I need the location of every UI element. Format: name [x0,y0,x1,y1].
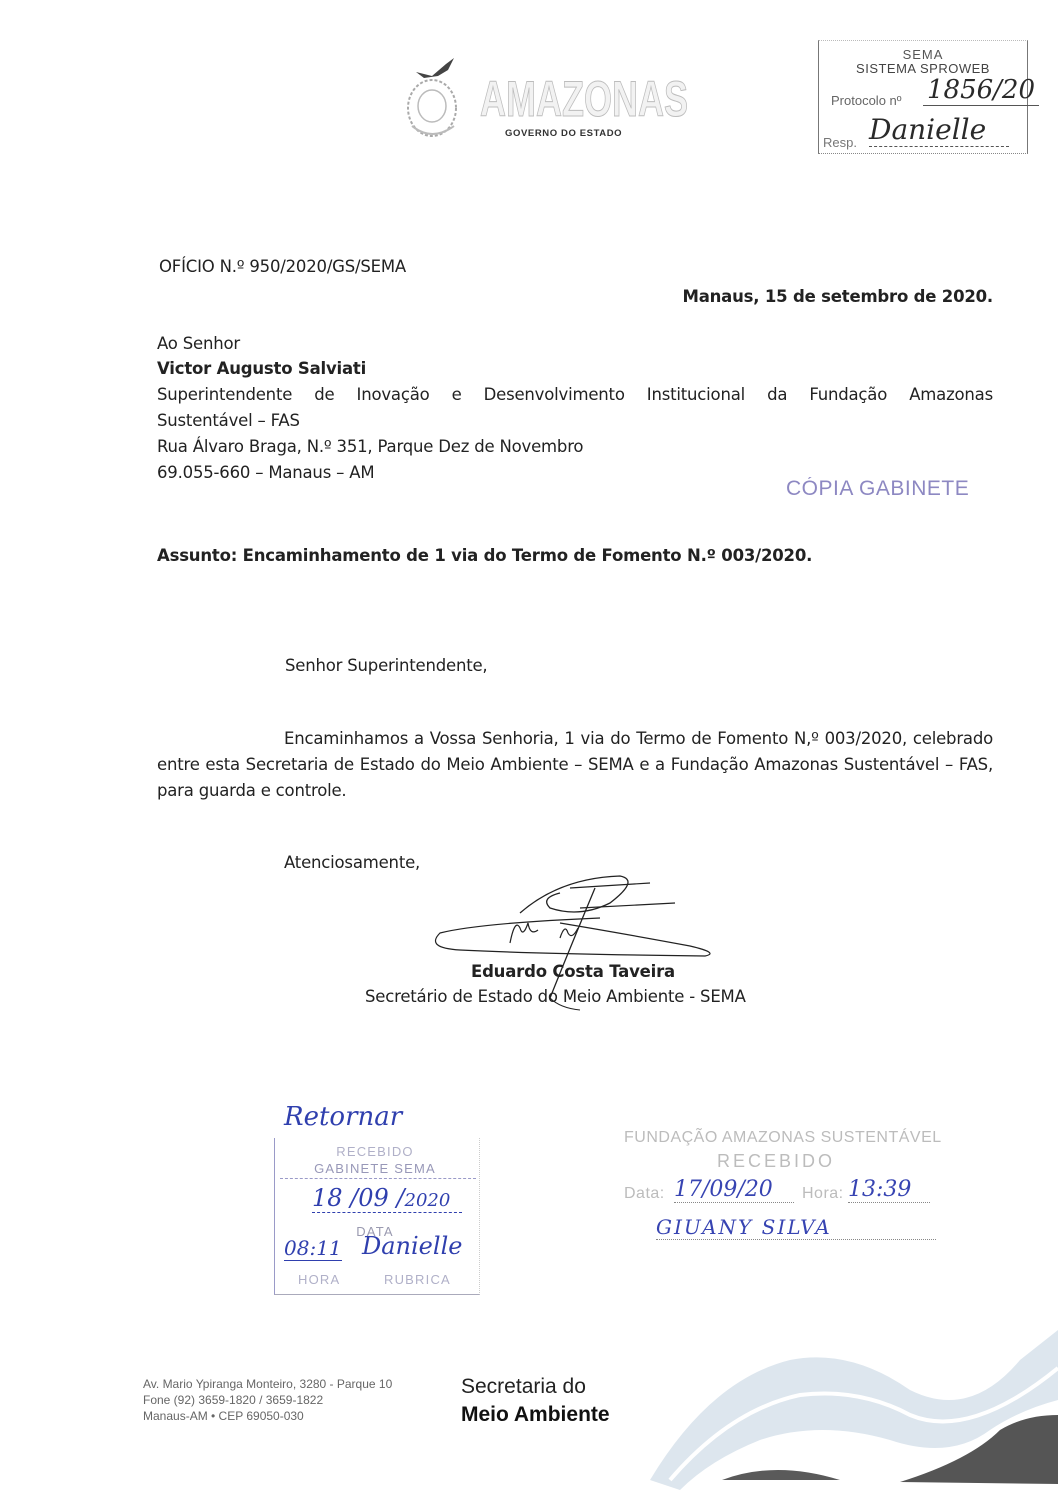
stamp-separator [280,1178,476,1179]
place-date: Manaus, 15 de setembro de 2020. [682,287,993,306]
fas-stamp-received: RECEBIDO [616,1151,936,1172]
stamp-date-day: 18 [312,1184,343,1212]
logo-wordmark: AMAZONAS [480,70,688,128]
sema-received-stamp: Retornar RECEBIDO GABINETE SEMA 18 /09 /… [262,1100,488,1298]
stamp-received-label: RECEBIDO [262,1144,488,1159]
stamp-date-month: 09 [358,1184,389,1212]
fas-receiver-name: GIUANY SILVA [656,1215,936,1240]
stamp-rubric-label: RUBRICA [384,1272,451,1287]
addressee-street: Rua Álvaro Braga, N.º 351, Parque Dez de… [157,437,583,456]
addressee-title-line2: Sustentável – FAS [157,411,300,430]
protocol-stamp: SEMA SISTEMA SPROWEB Protocolo nº 1856/2… [818,40,1028,154]
protocol-resp-label: Resp. [823,135,857,150]
greeting: Senhor Superintendente, [285,656,487,675]
addressee-name: Victor Augusto Salviati [157,359,366,378]
footer-address-line1: Av. Mario Ypiranga Monteiro, 3280 - Parq… [143,1376,392,1392]
stamp-date-row: 18 /09 /2020 [312,1184,462,1213]
fas-received-stamp: FUNDAÇÃO AMAZONAS SUSTENTÁVEL RECEBIDO D… [616,1125,956,1255]
addressee-city: 69.055-660 – Manaus – AM [157,463,374,482]
logo-subtitle: GOVERNO DO ESTADO [505,128,622,139]
document-reference: OFÍCIO N.º 950/2020/GS/SEMA [159,257,406,276]
fas-hour-label: Hora: [802,1185,844,1203]
fas-stamp-org: FUNDAÇÃO AMAZONAS SUSTENTÁVEL [624,1129,942,1147]
stamp-hour-label: HORA [298,1272,340,1287]
footer-brand-line2: Meio Ambiente [461,1403,610,1427]
stamp-date-year: 2020 [405,1190,451,1211]
protocol-stamp-org: SEMA [819,47,1027,62]
body-paragraph: Encaminhamos a Vossa Senhoria, 1 via do … [157,726,993,804]
stamp-time-value: 08:11 [284,1236,342,1261]
copy-stamp: CÓPIA GABINETE [786,477,969,501]
addressee-salutation: Ao Senhor [157,334,240,353]
signer-name: Eduardo Costa Taveira [471,962,675,981]
footer-address-line2: Fone (92) 3659-1820 / 3659-1822 [143,1392,392,1408]
footer-address-line3: Manaus-AM • CEP 69050-030 [143,1408,392,1424]
signer-role: Secretário de Estado do Meio Ambiente - … [365,987,746,1006]
fas-date-label: Data: [624,1185,665,1203]
fas-date-value: 17/09/20 [674,1177,794,1203]
subject-line: Assunto: Encaminhamento de 1 via do Term… [157,546,812,565]
state-logo: AMAZONAS GOVERNO DO ESTADO [402,56,672,146]
stamp-rubric-value: Danielle [362,1232,462,1260]
protocol-resp-signature: Danielle [869,113,1009,147]
fas-hour-value: 13:39 [848,1177,930,1203]
stamp-office-label: GABINETE SEMA [262,1161,488,1176]
protocol-number-label: Protocolo nº [831,93,902,108]
state-coat-of-arms-icon [402,56,464,142]
footer-brand-line1: Secretaria do [461,1375,586,1399]
addressee-title-line1: Superintendente de Inovação e Desenvolvi… [157,385,993,404]
handwritten-note: Retornar [284,1102,402,1132]
footer-address: Av. Mario Ypiranga Monteiro, 3280 - Parq… [143,1376,392,1424]
decorative-waves-icon [650,1320,1058,1496]
protocol-number-value: 1856/20 [923,75,1039,106]
closing: Atenciosamente, [284,853,420,872]
protocol-stamp-system: SISTEMA SPROWEB [819,61,1027,76]
